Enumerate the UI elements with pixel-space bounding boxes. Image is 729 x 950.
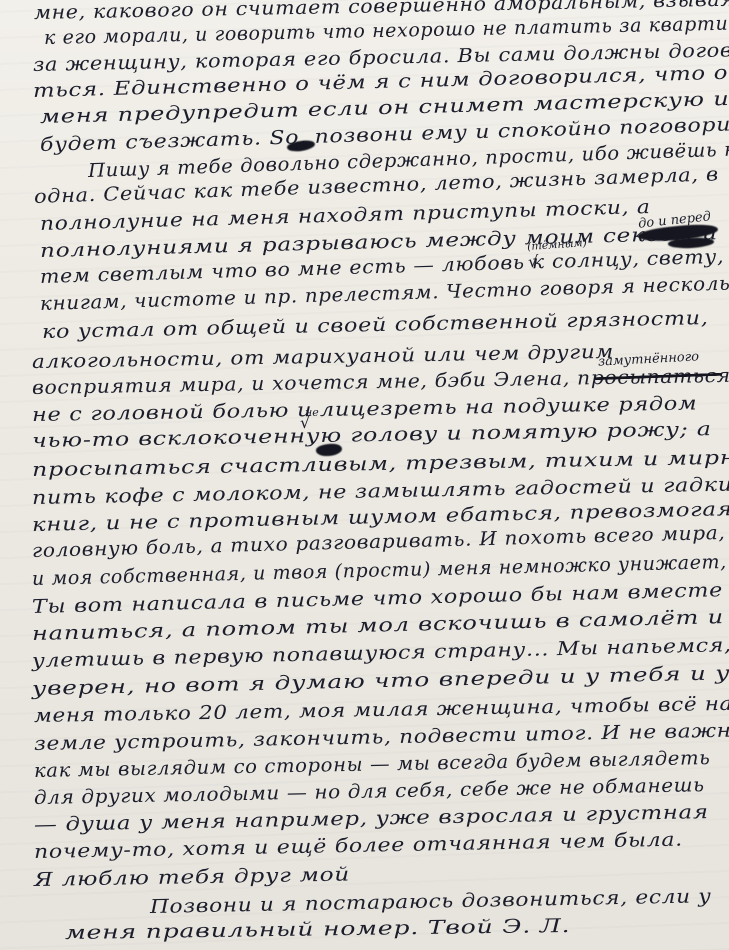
insertion-caret-icon: √ — [300, 413, 310, 432]
insertion-caret-icon: √ — [528, 252, 538, 271]
letter-line-35: меня правильный номер. Твой Э. Л. — [65, 915, 571, 944]
letter-line-33: Я люблю тебя друг мой — [34, 863, 350, 891]
letter-page: мне, какового он считает совершенно амор… — [0, 0, 729, 950]
letter-line-13: ко устал от общей и своей собственной гр… — [42, 307, 709, 343]
letter-line-34: Позвони и я постараюсь дозвониться, если… — [150, 885, 712, 918]
